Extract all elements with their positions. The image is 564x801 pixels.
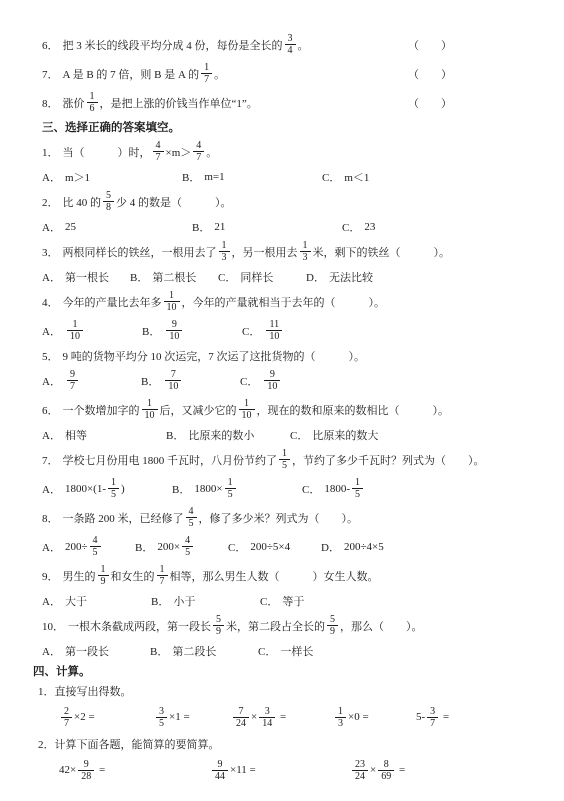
- choice-question: 5．9 吨的货物平均分 10 次运完，7 次运了这批货物的（ ）。: [42, 345, 528, 366]
- fraction-denominator: 10: [142, 409, 158, 421]
- option-label: B．: [182, 169, 200, 185]
- options-row: A．200÷45B．200×45C．200÷5×4D．200÷4×5: [42, 532, 528, 561]
- question-number: 3．: [42, 244, 59, 260]
- option: A．97: [42, 369, 141, 392]
- fraction: 59: [327, 614, 338, 637]
- text-run: 小于: [173, 593, 195, 609]
- fraction-denominator: 7: [157, 575, 168, 587]
- text-run: 男生的: [63, 568, 96, 584]
- fraction-denominator: 7: [193, 151, 204, 163]
- options-row: A．97B．710C．910: [42, 366, 528, 395]
- text-run: 和女生的: [111, 568, 155, 584]
- fraction-numerator: 3: [427, 706, 438, 717]
- option: A．25: [42, 219, 192, 235]
- fraction-denominator: 10: [239, 409, 255, 421]
- text-run: 学校七月份用电 1800 千瓦时，八月份节约了: [63, 452, 278, 468]
- text-run: ，是把上涨的价钱当作单位“1”。: [100, 95, 258, 111]
- option-label: A．: [42, 219, 61, 235]
- fraction-numerator: 1: [201, 62, 212, 73]
- option: C．1800-15: [302, 477, 365, 500]
- fraction-numerator: 4: [186, 506, 197, 517]
- fraction-numerator: 3: [262, 706, 273, 717]
- fraction-numerator: 8: [381, 759, 392, 770]
- fraction-numerator: 1: [144, 398, 155, 409]
- option: B．比原来的数小: [166, 427, 290, 443]
- text-run: 1800×: [194, 483, 222, 495]
- fraction-numerator: 5: [103, 190, 114, 201]
- option-label: A．: [42, 169, 61, 185]
- options-row: A．25B．21C．23: [42, 216, 528, 237]
- fraction-numerator: 4: [90, 535, 101, 546]
- option-label: C．: [218, 269, 236, 285]
- text-run: 相等，那么男生人数（ ）女生人数。: [170, 568, 379, 584]
- question-number: 9．: [42, 568, 59, 584]
- fraction-numerator: 5: [213, 614, 224, 625]
- option: B．910: [142, 319, 242, 342]
- text-run: 比 40 的: [63, 194, 102, 210]
- text-run: ×: [370, 764, 376, 776]
- fraction: 45: [186, 506, 197, 529]
- text-run: 等于: [282, 593, 304, 609]
- choice-question: 3．两根同样长的铁丝，一根用去了13，另一根用去13米，剩下的铁丝（ ）。: [42, 237, 528, 266]
- fraction: 110: [239, 398, 255, 421]
- fraction: 910: [166, 319, 182, 342]
- text-run: 米，第二段占全长的: [226, 618, 325, 634]
- text-run: 相等: [65, 427, 87, 443]
- option-label: D．: [306, 269, 325, 285]
- fraction-numerator: 9: [215, 759, 226, 770]
- option-label: B．: [135, 539, 153, 555]
- fraction-numerator: 9: [67, 369, 78, 380]
- option-label: B．: [166, 427, 184, 443]
- fraction: 110: [164, 290, 180, 313]
- fraction-numerator: 11: [267, 319, 283, 330]
- fraction-numerator: 1: [166, 290, 177, 301]
- fraction-denominator: 44: [212, 770, 228, 782]
- choice-section: 1．当（ ）时，47×m＞47。A．m＞1B．m=1C．m＜12．比 40 的5…: [42, 137, 528, 661]
- fraction-denominator: 7: [153, 151, 164, 163]
- fraction-denominator: 28: [78, 770, 94, 782]
- text-run: ×11 =: [230, 764, 256, 776]
- option: C．同样长: [218, 269, 306, 285]
- option: B．小于: [151, 593, 260, 609]
- text-run: 一根木条截成两段，第一段长: [68, 618, 211, 634]
- text-run: ): [121, 483, 125, 495]
- text-run: 。: [206, 144, 217, 160]
- choice-question: 6．一个数增加字的110后，又减少它的110，现在的数和原来的数相比（ ）。: [42, 395, 528, 424]
- fraction-denominator: 7: [67, 380, 78, 392]
- question-number: 6．: [42, 402, 59, 418]
- section-heading-choice: 三、选择正确的答案填空。: [42, 117, 528, 137]
- fraction-numerator: 1: [98, 564, 109, 575]
- option: C．比原来的数大: [290, 427, 378, 443]
- text-run: m＞1: [65, 169, 90, 185]
- fraction: 13: [219, 240, 230, 263]
- answer-bracket: （ ）: [408, 30, 452, 59]
- fraction-numerator: 1: [335, 706, 346, 717]
- fraction: 928: [78, 759, 94, 782]
- option-label: A．: [42, 593, 61, 609]
- option: B．第二段长: [150, 643, 258, 659]
- option-label: D．: [321, 539, 340, 555]
- judge-question: 8．涨价16，是把上涨的价钱当作单位“1”。（ ）: [42, 88, 528, 117]
- option-label: A．: [42, 373, 61, 389]
- fraction-denominator: 9: [213, 625, 224, 637]
- text-run: 200×: [157, 541, 180, 553]
- option-label: A．: [42, 427, 61, 443]
- option: B．710: [141, 369, 240, 392]
- text-run: 42×: [59, 764, 76, 776]
- option: A．110: [42, 319, 142, 342]
- text-run: ×0 =: [348, 711, 369, 723]
- text-run: 少 4 的数是（ ）。: [116, 194, 232, 210]
- fraction: 27: [61, 706, 72, 729]
- option: B．200×45: [135, 535, 228, 558]
- text-run: 当（ ）时，: [63, 144, 151, 160]
- text-run: 同样长: [240, 269, 273, 285]
- text-run: 21: [214, 221, 225, 233]
- text-run: ，今年的产量就相当于去年的（ ）。: [182, 294, 386, 310]
- fraction-denominator: 5: [279, 459, 290, 471]
- text-run: m＜1: [344, 169, 369, 185]
- options-row: A．m＞1B．m=1C．m＜1: [42, 166, 528, 187]
- fraction: 59: [213, 614, 224, 637]
- option-label: A．: [42, 269, 61, 285]
- fraction-numerator: 9: [267, 369, 278, 380]
- fraction-numerator: 3: [285, 33, 296, 44]
- fraction-denominator: 7: [427, 717, 438, 729]
- text-run: =: [440, 711, 449, 723]
- fraction-numerator: 4: [153, 140, 164, 151]
- fraction-numerator: 1: [279, 448, 290, 459]
- expression: 13×0 =: [333, 706, 416, 729]
- option-label: C．: [258, 643, 276, 659]
- fraction: 17: [157, 564, 168, 587]
- text-run: 第一根长: [65, 269, 109, 285]
- fraction-denominator: 10: [67, 330, 83, 342]
- text-run: 9 吨的货物平均分 10 次运完，7 次运了这批货物的（ ）。: [63, 348, 366, 364]
- expression: 724×314 =: [231, 706, 333, 729]
- fraction-numerator: 2: [61, 706, 72, 717]
- fraction-denominator: 5: [225, 488, 236, 500]
- text-run: 1800×(1-: [65, 483, 106, 495]
- fraction: 944: [212, 759, 228, 782]
- fraction: 910: [264, 369, 280, 392]
- expression: 42×928 =: [59, 759, 210, 782]
- fraction: 15: [352, 477, 363, 500]
- choice-question: 10．一根木条截成两段，第一段长59米，第二段占全长的59，那么（ ）。: [42, 611, 528, 640]
- text-run: 第一段长: [65, 643, 109, 659]
- option: C．910: [240, 369, 282, 392]
- fraction-denominator: 3: [335, 717, 346, 729]
- option-label: B．: [141, 373, 159, 389]
- options-row: A．大于B．小于C．等于: [42, 590, 528, 611]
- options-row: A．相等B．比原来的数小C．比原来的数大: [42, 424, 528, 445]
- options-row: A．第一根长B．第二根长C．同样长D．无法比较: [42, 266, 528, 287]
- text-run: ，另一根用去: [232, 244, 298, 260]
- text-run: 两根同样长的铁丝，一根用去了: [63, 244, 217, 260]
- text-run: A 是 B 的 7 倍，则 B 是 A 的: [63, 66, 200, 82]
- expression: 2324×869 =: [350, 759, 405, 782]
- fraction: 2324: [352, 759, 368, 782]
- calc-sub2-title: 2．计算下面各题，能简算的要简算。: [38, 734, 528, 753]
- question-number: 7．: [42, 66, 59, 82]
- text-run: 比原来的数小: [188, 427, 254, 443]
- judge-question: 7．A 是 B 的 7 倍，则 B 是 A 的17。（ ）: [42, 59, 528, 88]
- text-run: ，节约了多少千瓦时？列式为（ ）。: [292, 452, 485, 468]
- fraction-numerator: 1: [241, 398, 252, 409]
- fraction-numerator: 5: [327, 614, 338, 625]
- option-label: C．: [242, 323, 260, 339]
- fraction: 110: [67, 319, 83, 342]
- fraction-denominator: 5: [186, 517, 197, 529]
- fraction: 15: [279, 448, 290, 471]
- fraction: 37: [427, 706, 438, 729]
- judge-question: 6．把 3 米长的线段平均分成 4 份，每份是全长的34。（ ）: [42, 30, 528, 59]
- answer-bracket: （ ）: [408, 88, 452, 117]
- text-run: m=1: [204, 171, 224, 183]
- text-run: 23: [364, 221, 375, 233]
- fraction-denominator: 5: [352, 488, 363, 500]
- text-run: 后，又减少它的: [160, 402, 237, 418]
- option-label: B．: [130, 269, 148, 285]
- fraction-numerator: 1: [69, 319, 80, 330]
- fraction: 35: [156, 706, 167, 729]
- option-label: B．: [172, 481, 190, 497]
- fraction-denominator: 8: [103, 201, 114, 213]
- option-label: C．: [228, 539, 246, 555]
- fraction: 110: [142, 398, 158, 421]
- option-label: A．: [42, 643, 61, 659]
- text-run: 涨价: [63, 95, 85, 111]
- fraction: 47: [153, 140, 164, 163]
- text-run: ×1 =: [169, 711, 190, 723]
- choice-question: 8．一条路 200 米，已经修了45，修了多少米？列式为（ ）。: [42, 503, 528, 532]
- fraction-denominator: 6: [87, 102, 98, 114]
- option: C．200÷5×4: [228, 539, 321, 555]
- fraction: 13: [300, 240, 311, 263]
- fraction-denominator: 5: [182, 546, 193, 558]
- fraction-denominator: 7: [201, 73, 212, 85]
- text-run: 无法比较: [329, 269, 373, 285]
- question-number: 7．: [42, 452, 59, 468]
- fraction-numerator: 4: [182, 535, 193, 546]
- fraction-denominator: 5: [90, 546, 101, 558]
- text-run: 把 3 米长的线段平均分成 4 份，每份是全长的: [63, 37, 283, 53]
- option-label: C．: [240, 373, 258, 389]
- text-run: 5-: [416, 711, 425, 723]
- text-run: 200÷4×5: [344, 541, 384, 553]
- fraction: 724: [233, 706, 249, 729]
- option: C．1110: [242, 319, 284, 342]
- fraction-numerator: 23: [352, 759, 368, 770]
- option: A．第一段长: [42, 643, 150, 659]
- fraction: 34: [285, 33, 296, 56]
- choice-question: 1．当（ ）时，47×m＞47。: [42, 137, 528, 166]
- fraction: 15: [108, 477, 119, 500]
- fraction: 13: [335, 706, 346, 729]
- fraction-numerator: 4: [193, 140, 204, 151]
- option: A．第一根长: [42, 269, 130, 285]
- fraction-denominator: 10: [266, 330, 282, 342]
- text-run: 一个数增加字的: [63, 402, 140, 418]
- choice-question: 7．学校七月份用电 1800 千瓦时，八月份节约了15，节约了多少千瓦时？列式为…: [42, 445, 528, 474]
- option: D．200÷4×5: [321, 539, 384, 555]
- question-number: 8．: [42, 510, 59, 526]
- fraction-numerator: 9: [169, 319, 180, 330]
- option: C．m＜1: [322, 169, 369, 185]
- option-label: C．: [302, 481, 320, 497]
- fraction: 314: [259, 706, 275, 729]
- section-heading-calc: 四、计算。: [33, 661, 528, 681]
- option-label: A．: [42, 323, 61, 339]
- calc-row-simplify: 42×928 =944×11 =2324×869 =: [42, 753, 528, 787]
- fraction-numerator: 1: [225, 477, 236, 488]
- fraction-denominator: 10: [165, 380, 181, 392]
- option-label: A．: [42, 539, 61, 555]
- text-run: ×: [251, 711, 257, 723]
- text-run: 。: [214, 66, 225, 82]
- question-number: 10．: [42, 618, 64, 634]
- text-run: 200÷5×4: [250, 541, 290, 553]
- text-run: 1800-: [324, 483, 350, 495]
- fraction-numerator: 7: [168, 369, 179, 380]
- fraction-denominator: 5: [156, 717, 167, 729]
- text-run: 今年的产量比去年多: [63, 294, 162, 310]
- option-label: B．: [142, 323, 160, 339]
- text-run: 大于: [65, 593, 87, 609]
- fraction: 16: [87, 91, 98, 114]
- fraction-numerator: 1: [157, 564, 168, 575]
- fraction: 97: [67, 369, 78, 392]
- option-label: C．: [322, 169, 340, 185]
- fraction-denominator: 10: [264, 380, 280, 392]
- text-run: 。: [298, 37, 309, 53]
- fraction: 47: [193, 140, 204, 163]
- fraction-numerator: 3: [156, 706, 167, 717]
- options-row: A．1800×(1-15)B．1800×15C．1800-15: [42, 474, 528, 503]
- text-run: 第二段长: [172, 643, 216, 659]
- option-label: B．: [151, 593, 169, 609]
- option-label: C．: [260, 593, 278, 609]
- fraction-denominator: 24: [233, 717, 249, 729]
- fraction-denominator: 9: [98, 575, 109, 587]
- fraction-denominator: 69: [378, 770, 394, 782]
- text-run: ，现在的数和原来的数相比（ ）。: [257, 402, 450, 418]
- question-number: 1．: [42, 144, 59, 160]
- worksheet-page: 6．把 3 米长的线段平均分成 4 份，每份是全长的34。（ ）7．A 是 B …: [0, 0, 564, 801]
- option: A．m＞1: [42, 169, 182, 185]
- text-run: =: [277, 711, 286, 723]
- choice-question: 4．今年的产量比去年多110，今年的产量就相当于去年的（ ）。: [42, 287, 528, 316]
- text-run: 200÷: [65, 541, 88, 553]
- text-run: =: [396, 764, 405, 776]
- option-label: B．: [192, 219, 210, 235]
- fraction-denominator: 7: [61, 717, 72, 729]
- calc-sub1-title: 1．直接写出得数。: [38, 681, 528, 700]
- fraction: 15: [225, 477, 236, 500]
- option: B．第二根长: [130, 269, 218, 285]
- fraction: 45: [90, 535, 101, 558]
- option-label: C．: [290, 427, 308, 443]
- text-run: 一条路 200 米，已经修了: [63, 510, 184, 526]
- fraction-denominator: 10: [164, 301, 180, 313]
- question-number: 6．: [42, 37, 59, 53]
- options-row: A．第一段长B．第二段长C．一样长: [42, 640, 528, 661]
- fraction: 58: [103, 190, 114, 213]
- fraction-denominator: 24: [352, 770, 368, 782]
- option: A．相等: [42, 427, 166, 443]
- question-number: 4．: [42, 294, 59, 310]
- text-run: 米，剩下的铁丝（ ）。: [313, 244, 451, 260]
- fraction-numerator: 1: [87, 91, 98, 102]
- question-number: 5．: [42, 348, 59, 364]
- options-row: A．110B．910C．1110: [42, 316, 528, 345]
- fraction: 710: [165, 369, 181, 392]
- text-run: ×2 =: [74, 711, 95, 723]
- fraction: 869: [378, 759, 394, 782]
- question-number: 2．: [42, 194, 59, 210]
- text-run: 比原来的数大: [312, 427, 378, 443]
- answer-bracket: （ ）: [408, 59, 452, 88]
- fraction-denominator: 14: [259, 717, 275, 729]
- option-label: A．: [42, 481, 61, 497]
- fraction-numerator: 9: [81, 759, 92, 770]
- fraction: 1110: [266, 319, 282, 342]
- option: B．1800×15: [172, 477, 302, 500]
- fraction-numerator: 1: [219, 240, 230, 251]
- text-run: 第二根长: [152, 269, 196, 285]
- option: D．无法比较: [306, 269, 373, 285]
- text-run: 一样长: [280, 643, 313, 659]
- fraction-numerator: 1: [300, 240, 311, 251]
- question-number: 8．: [42, 95, 59, 111]
- fraction-denominator: 10: [166, 330, 182, 342]
- fraction: 17: [201, 62, 212, 85]
- option: B．21: [192, 219, 342, 235]
- fraction-denominator: 5: [108, 488, 119, 500]
- text-run: 25: [65, 221, 76, 233]
- option: C．一样长: [258, 643, 313, 659]
- text-run: =: [96, 764, 105, 776]
- expression: 5-37 =: [416, 706, 449, 729]
- fraction-numerator: 7: [236, 706, 247, 717]
- option-label: C．: [342, 219, 360, 235]
- choice-question: 9．男生的19和女生的17相等，那么男生人数（ ）女生人数。: [42, 561, 528, 590]
- fraction-denominator: 4: [285, 44, 296, 56]
- expression: 27×2 =: [59, 706, 154, 729]
- fraction: 45: [182, 535, 193, 558]
- text-run: ，那么（ ）。: [340, 618, 423, 634]
- option-label: B．: [150, 643, 168, 659]
- fraction-numerator: 1: [352, 477, 363, 488]
- expression: 944×11 =: [210, 759, 350, 782]
- judge-section: 6．把 3 米长的线段平均分成 4 份，每份是全长的34。（ ）7．A 是 B …: [42, 30, 528, 117]
- expression: 35×1 =: [154, 706, 231, 729]
- fraction-denominator: 3: [219, 251, 230, 263]
- option: C．等于: [260, 593, 304, 609]
- option: B．m=1: [182, 169, 322, 185]
- fraction-denominator: 3: [300, 251, 311, 263]
- text-run: ×m＞: [166, 144, 192, 160]
- option: A．大于: [42, 593, 151, 609]
- fraction-numerator: 1: [108, 477, 119, 488]
- option: A．200÷45: [42, 535, 135, 558]
- option: A．1800×(1-15): [42, 477, 172, 500]
- fraction-denominator: 9: [327, 625, 338, 637]
- option: C．23: [342, 219, 375, 235]
- choice-question: 2．比 40 的58少 4 的数是（ ）。: [42, 187, 528, 216]
